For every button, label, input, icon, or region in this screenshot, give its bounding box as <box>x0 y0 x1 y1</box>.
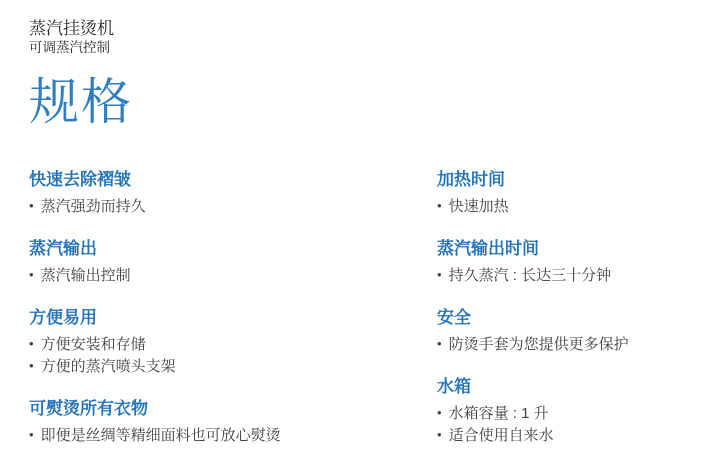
spec-bullet-text: 方便的蒸汽喷头支架 <box>41 358 176 375</box>
spec-bullet-text: 快速加热 <box>449 198 509 215</box>
spec-section-heat-up-time: 加热时间 •快速加热 <box>437 170 684 217</box>
spec-bullet-text: 水箱容量 : 1 升 <box>449 405 549 422</box>
spec-bullet: •方便的蒸汽喷头支架 <box>29 355 437 377</box>
spec-list: •方便安装和存储 •方便的蒸汽喷头支架 <box>29 333 437 377</box>
spec-bullet: •方便安装和存储 <box>29 333 437 355</box>
product-title: 蒸汽挂烫机 <box>29 18 684 39</box>
bullet-icon: • <box>437 195 442 216</box>
spec-heading: 方便易用 <box>29 308 437 328</box>
spec-list: •防烫手套为您提供更多保护 <box>437 333 684 355</box>
spec-sheet-page: 蒸汽挂烫机 可调蒸汽控制 规格 快速去除褶皱 •蒸汽强劲而持久 蒸汽输出 •蒸汽… <box>0 0 704 465</box>
spec-bullet-text: 蒸汽强劲而持久 <box>41 198 146 215</box>
bullet-icon: • <box>29 424 34 445</box>
bullet-icon: • <box>29 264 34 285</box>
spec-section-steam-time: 蒸汽输出时间 •持久蒸汽 : 长达三十分钟 <box>437 239 684 286</box>
spec-bullet-text: 适合使用自来水 <box>449 427 554 444</box>
spec-section-water-tank: 水箱 •水箱容量 : 1 升 •适合使用自来水 <box>437 377 684 446</box>
spec-section-safety: 安全 •防烫手套为您提供更多保护 <box>437 308 684 355</box>
spec-bullet-text: 方便安装和存储 <box>41 336 146 353</box>
spec-heading: 蒸汽输出 <box>29 239 437 259</box>
spec-columns: 快速去除褶皱 •蒸汽强劲而持久 蒸汽输出 •蒸汽输出控制 方便易用 •方便安装和… <box>29 170 684 465</box>
spec-list: •快速加热 <box>437 195 684 217</box>
spec-bullet: •蒸汽输出控制 <box>29 264 437 286</box>
spec-section-ease-of-use: 方便易用 •方便安装和存储 •方便的蒸汽喷头支架 <box>29 308 437 377</box>
spec-bullet: •快速加热 <box>437 195 684 217</box>
spec-list: •蒸汽强劲而持久 <box>29 195 437 217</box>
spec-section-wrinkle-removal: 快速去除褶皱 •蒸汽强劲而持久 <box>29 170 437 217</box>
spec-heading: 快速去除褶皱 <box>29 170 437 190</box>
spec-heading: 水箱 <box>437 377 684 397</box>
product-subtitle: 可调蒸汽控制 <box>29 39 684 56</box>
spec-heading: 安全 <box>437 308 684 328</box>
spec-bullet: •防烫手套为您提供更多保护 <box>437 333 684 355</box>
spec-heading: 蒸汽输出时间 <box>437 239 684 259</box>
spec-bullet: •持久蒸汽 : 长达三十分钟 <box>437 264 684 286</box>
spec-bullet-text: 即便是丝绸等精细面料也可放心熨烫 <box>41 427 281 444</box>
bullet-icon: • <box>29 333 34 354</box>
bullet-icon: • <box>437 333 442 354</box>
spec-list: •即便是丝绸等精细面料也可放心熨烫 <box>29 424 437 446</box>
spec-bullet-text: 防烫手套为您提供更多保护 <box>449 336 629 353</box>
spec-list: •水箱容量 : 1 升 •适合使用自来水 <box>437 402 684 446</box>
right-column: 加热时间 •快速加热 蒸汽输出时间 •持久蒸汽 : 长达三十分钟 安全 •防烫手… <box>437 170 684 465</box>
spec-bullet: •即便是丝绸等精细面料也可放心熨烫 <box>29 424 437 446</box>
spec-list: •蒸汽输出控制 <box>29 264 437 286</box>
bullet-icon: • <box>437 264 442 285</box>
left-column: 快速去除褶皱 •蒸汽强劲而持久 蒸汽输出 •蒸汽输出控制 方便易用 •方便安装和… <box>29 170 437 465</box>
page-title: 规格 <box>29 76 684 128</box>
page-header: 蒸汽挂烫机 可调蒸汽控制 <box>29 18 684 56</box>
spec-bullet: •水箱容量 : 1 升 <box>437 402 684 424</box>
spec-section-all-garments: 可熨烫所有衣物 •即便是丝绸等精细面料也可放心熨烫 <box>29 399 437 446</box>
bullet-icon: • <box>29 195 34 216</box>
bullet-icon: • <box>29 355 34 376</box>
spec-bullet: •适合使用自来水 <box>437 424 684 446</box>
spec-bullet-text: 持久蒸汽 : 长达三十分钟 <box>449 267 612 284</box>
spec-bullet-text: 蒸汽输出控制 <box>41 267 131 284</box>
spec-heading: 可熨烫所有衣物 <box>29 399 437 419</box>
spec-bullet: •蒸汽强劲而持久 <box>29 195 437 217</box>
bullet-icon: • <box>437 402 442 423</box>
spec-heading: 加热时间 <box>437 170 684 190</box>
spec-list: •持久蒸汽 : 长达三十分钟 <box>437 264 684 286</box>
bullet-icon: • <box>437 424 442 445</box>
spec-section-steam-output: 蒸汽输出 •蒸汽输出控制 <box>29 239 437 286</box>
